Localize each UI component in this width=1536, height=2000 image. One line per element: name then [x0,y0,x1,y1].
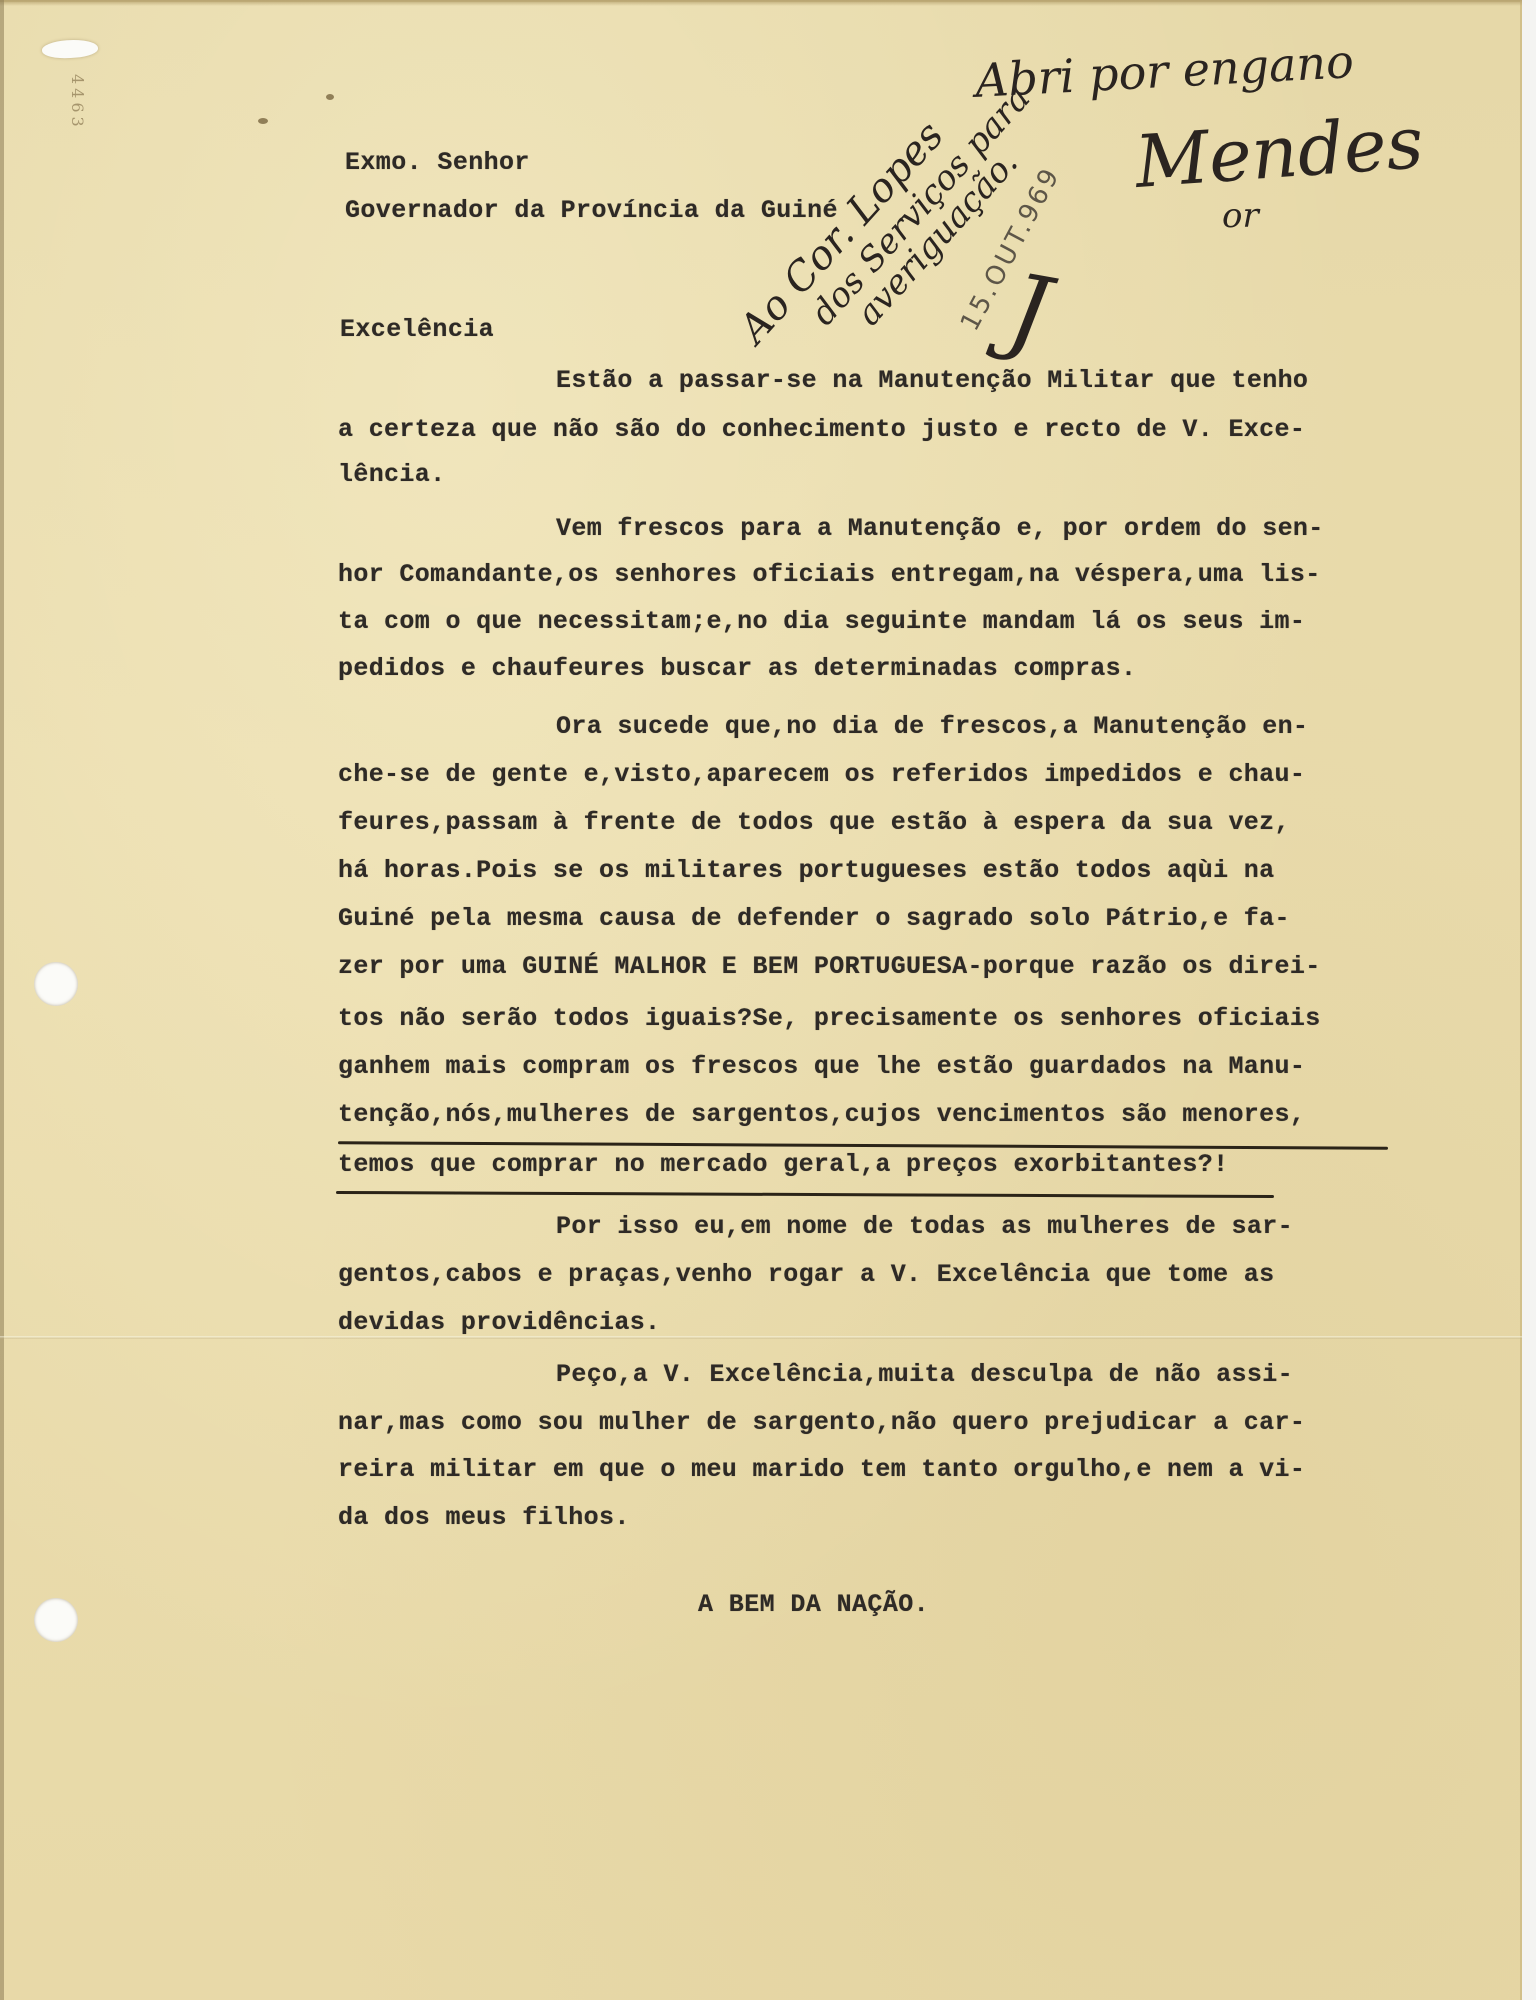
letter-line: da dos meus filhos. [338,1503,630,1532]
letter-line: che-se de gente e,visto,aparecem os refe… [338,760,1305,789]
ink-spot [326,94,334,100]
letter-line: tos não serão todos iguais?Se, precisame… [338,1004,1321,1033]
letter-line: lência. [338,460,445,489]
letter-line: nar,mas como sou mulher de sargento,não … [338,1408,1305,1437]
hand-underline [338,1141,1388,1149]
ink-spot [258,118,268,124]
handwritten-initials: or [1222,196,1259,236]
greeting: Excelência [340,315,494,344]
paper-top-edge [0,0,1522,6]
letter-line: Peço,a V. Excelência,muita desculpa de n… [556,1360,1293,1389]
hand-underline [336,1191,1274,1198]
salutation-title: Exmo. Senhor [345,148,530,177]
letter-line: feures,passam à frente de todos que estã… [338,808,1290,837]
letter-line: a certeza que não são do conhecimento ju… [338,415,1305,444]
punch-hole-lower [34,1598,78,1642]
archive-margin-number: 4463 [68,74,87,131]
letter-line: Guiné pela mesma causa de defender o sag… [338,904,1290,933]
letter-line-underlined: tenção,nós,mulheres de sargentos,cujos v… [338,1100,1305,1129]
punch-hole-upper [34,962,78,1006]
letter-page: 4463 Abri por engano Mendes or Ao Cor. L… [0,0,1522,2000]
letter-line: Vem frescos para a Manutenção e, por ord… [556,514,1324,543]
letter-line: ganhem mais compram os frescos que lhe e… [338,1052,1305,1081]
letter-line: zer por uma GUINÉ MALHOR E BEM PORTUGUES… [338,952,1321,981]
paper-tear-hole [41,38,98,60]
paper-fold-crease [0,1336,1522,1339]
letter-line: gentos,cabos e praças,venho rogar a V. E… [338,1260,1275,1289]
letter-line: há horas.Pois se os militares portuguese… [338,856,1275,885]
letter-line-underlined: temos que comprar no mercado geral,a pre… [338,1150,1228,1179]
letter-line: ta com o que necessitam;e,no dia seguint… [338,607,1305,636]
letter-line: devidas providências. [338,1308,660,1337]
paper-left-edge [0,0,4,2000]
handwritten-note-opened-by-mistake: Abri por engano [974,34,1355,108]
handwritten-signature: Mendes [1132,100,1426,204]
letter-line: pedidos e chaufeures buscar as determina… [338,654,1136,683]
letter-line: Por isso eu,em nome de todas as mulheres… [556,1212,1293,1241]
salutation-recipient: Governador da Província da Guiné [345,196,838,225]
letter-line: Estão a passar-se na Manutenção Militar … [556,366,1308,395]
letter-line: Ora sucede que,no dia de frescos,a Manut… [556,712,1308,741]
letter-line: hor Comandante,os senhores oficiais entr… [338,560,1321,589]
letter-line: reira militar em que o meu marido tem ta… [338,1455,1305,1484]
closing-formula: A BEM DA NAÇÃO. [698,1590,929,1619]
